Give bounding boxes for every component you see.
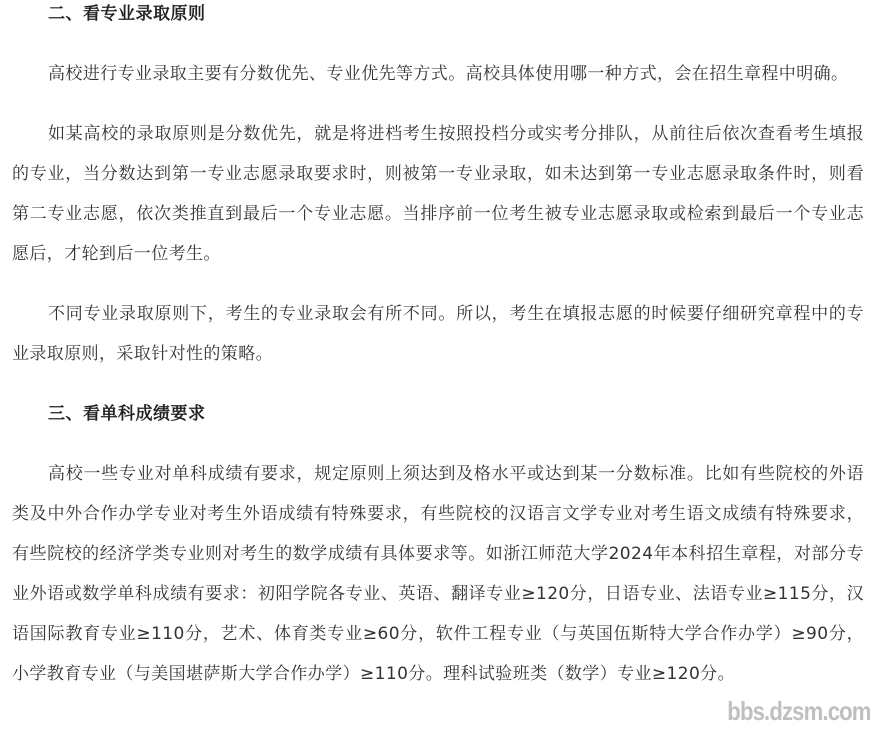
section-heading-admission-principles: 二、看专业录取原则 [12, 0, 864, 34]
spacer [12, 434, 864, 454]
watermark: bbs.dzsm.com [728, 696, 871, 727]
spacer [12, 94, 864, 114]
spacer [12, 34, 864, 54]
article-body: 二、看专业录取原则 高校进行专业录取主要有分数优先、专业优先等方式。高校具体使用… [12, 0, 864, 694]
paragraph: 高校一些专业对单科成绩有要求，规定原则上须达到及格水平或达到某一分数标准。比如有… [12, 454, 864, 694]
paragraph: 高校进行专业录取主要有分数优先、专业优先等方式。高校具体使用哪一种方式，会在招生… [12, 54, 864, 94]
paragraph: 如某高校的录取原则是分数优先，就是将进档考生按照投档分或实考分排队，从前往后依次… [12, 114, 864, 274]
section-heading-single-subject-requirements: 三、看单科成绩要求 [12, 394, 864, 434]
spacer [12, 274, 864, 294]
spacer [12, 374, 864, 394]
paragraph: 不同专业录取原则下，考生的专业录取会有所不同。所以，考生在填报志愿的时候要仔细研… [12, 294, 864, 374]
